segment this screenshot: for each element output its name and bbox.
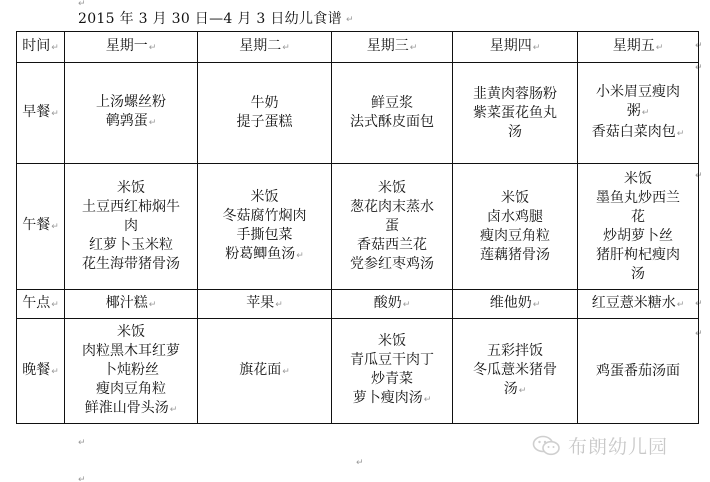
dish: 米饭	[334, 179, 450, 198]
time-header-cell: 时间↵	[17, 32, 65, 63]
paragraph-mark: ↵	[424, 395, 432, 405]
dish-line: 香菇白菜肉包↵	[580, 123, 696, 144]
watermark: 布朗幼儿园	[532, 432, 668, 459]
paragraph-mark: ↵	[149, 300, 157, 310]
meal-label: 早餐	[22, 104, 50, 120]
dish-line: 鹌鹑蛋↵	[67, 112, 195, 133]
day-header-cell: 星期二↵	[198, 32, 332, 63]
dish: 米饭	[580, 170, 696, 189]
dish: 蛋	[334, 217, 450, 236]
paragraph-mark: ↵	[403, 300, 411, 310]
paragraph-mark: ↵	[677, 300, 685, 310]
menu-cell: 米饭 墨鱼丸炒西兰 花 炒胡萝卜丝 猪肝枸杞瘦肉 汤	[578, 164, 699, 290]
paragraph-mark: ↵	[677, 129, 685, 139]
day-label-tuesday: 星期二	[239, 38, 281, 54]
menu-cell: 红豆薏米糖水↵	[578, 290, 699, 319]
paragraph-mark: ↵	[533, 43, 541, 53]
dish: 粉葛鲫鱼汤	[225, 246, 295, 262]
paragraph-mark: ↵	[282, 43, 290, 53]
dish: 墨鱼丸炒西兰	[580, 189, 696, 208]
dish: 肉	[67, 217, 195, 236]
paragraph-mark: ↵	[51, 43, 59, 53]
paragraph-mark: ↵	[51, 300, 59, 310]
menu-cell: 维他奶↵	[453, 290, 578, 319]
meal-label: 午点	[22, 295, 50, 311]
menu-cell: 米饭 冬菇腐竹焖肉 手撕包菜 粉葛鲫鱼汤↵	[198, 164, 332, 290]
dish: 汤	[504, 381, 518, 397]
dish: 维他奶	[490, 295, 532, 311]
dish: 米饭	[200, 188, 329, 207]
meal-row-snack: 午点↵ 椰汁糕↵ 苹果↵ 酸奶↵ 维他奶↵ 红豆薏米糖水↵	[17, 290, 699, 319]
wechat-icon	[532, 435, 562, 457]
menu-cell: 鸡蛋番茄汤面	[578, 319, 699, 424]
day-label-thursday: 星期四	[490, 38, 532, 54]
paragraph-mark: ↵	[642, 108, 650, 118]
dish: 卤水鸡腿	[455, 208, 575, 227]
menu-cell: 米饭 肉粒黑木耳红萝 卜炖粉丝 瘦肉豆角粒 鲜淮山骨头汤↵	[65, 319, 198, 424]
paragraph-mark: ↵	[275, 300, 283, 310]
dish: 韭黄肉蓉肠粉	[455, 85, 575, 104]
menu-cell: 米饭 葱花肉末蒸水 蛋 香菇西兰花 党参红枣鸡汤	[332, 164, 453, 290]
dish: 米饭	[67, 323, 195, 342]
dish: 小米眉豆瘦肉	[580, 83, 696, 102]
menu-cell: 五彩拌饭 冬瓜薏米猪骨 汤↵	[453, 319, 578, 424]
dish: 手撕包菜	[200, 226, 329, 245]
dish: 冬瓜薏米猪骨	[455, 361, 575, 380]
dish: 红豆薏米糖水	[592, 295, 676, 311]
dish-line: 萝卜瘦肉汤↵	[334, 389, 450, 410]
paragraph-mark: ↵	[296, 251, 304, 261]
dish: 法式酥皮面包	[334, 113, 450, 132]
menu-cell: 椰汁糕↵	[65, 290, 198, 319]
dish: 瘦肉豆角粒	[455, 227, 575, 246]
meal-label-cell: 早餐↵	[17, 63, 65, 164]
meal-label: 晚餐	[22, 362, 50, 378]
document-title: 2015 年 3 月 30 日—4 月 3 日幼儿食谱	[78, 8, 342, 28]
dish: 苹果	[246, 295, 274, 311]
day-label-friday: 星期五	[613, 38, 655, 54]
menu-cell: 苹果↵	[198, 290, 332, 319]
paragraph-mark: ↵	[346, 16, 354, 25]
dish: 花生海带猪骨汤	[67, 255, 195, 274]
dish: 旗花面	[239, 362, 281, 378]
dish: 米饭	[455, 189, 575, 208]
menu-cell: 米饭 青瓜豆干肉丁 炒青菜 萝卜瘦肉汤↵	[332, 319, 453, 424]
menu-cell: 鲜豆浆 法式酥皮面包	[332, 63, 453, 164]
header-row: 时间↵ 星期一↵ 星期二↵ 星期三↵ 星期四↵ 星期五↵	[17, 32, 699, 63]
paragraph-mark: ↵	[78, 476, 86, 482]
dish: 酸奶	[374, 295, 402, 311]
dish: 鸡蛋番茄汤面	[596, 363, 680, 379]
dish: 香菇西兰花	[334, 236, 450, 255]
meal-row-lunch: 午餐↵ 米饭 土豆西红柿焖牛 肉 红萝卜玉米粒 花生海带猪骨汤 米饭 冬菇腐竹焖…	[17, 164, 699, 290]
dish-line: 汤↵	[455, 380, 575, 401]
menu-cell: 牛奶 提子蛋糕	[198, 63, 332, 164]
watermark-text: 布朗幼儿园	[568, 432, 668, 459]
time-header-label: 时间	[22, 38, 50, 54]
menu-cell: 酸奶↵	[332, 290, 453, 319]
dish: 椰汁糕	[106, 295, 148, 311]
menu-cell: 米饭 卤水鸡腿 瘦肉豆角粒 莲藕猪骨汤	[453, 164, 578, 290]
day-header-cell: 星期四↵	[453, 32, 578, 63]
dish: 瘦肉豆角粒	[67, 380, 195, 399]
dish: 汤	[580, 265, 696, 284]
day-label-monday: 星期一	[106, 38, 148, 54]
dish: 土豆西红柿焖牛	[67, 198, 195, 217]
dish: 提子蛋糕	[200, 113, 329, 132]
dish: 粥	[627, 103, 641, 119]
menu-cell: 上汤螺丝粉 鹌鹑蛋↵	[65, 63, 198, 164]
paragraph-mark: ↵	[282, 367, 290, 377]
menu-table: 时间↵ 星期一↵ 星期二↵ 星期三↵ 星期四↵ 星期五↵ 早餐↵ 上汤螺丝粉 鹌…	[16, 31, 699, 424]
dish: 五彩拌饭	[455, 342, 575, 361]
dish: 牛奶	[200, 94, 329, 113]
meal-row-breakfast: 早餐↵ 上汤螺丝粉 鹌鹑蛋↵ 牛奶 提子蛋糕 鲜豆浆 法式酥皮面包 韭黄肉蓉肠粉…	[17, 63, 699, 164]
menu-cell: 小米眉豆瘦肉 粥↵ 香菇白菜肉包↵	[578, 63, 699, 164]
meal-label-cell: 午餐↵	[17, 164, 65, 290]
menu-cell: 米饭 土豆西红柿焖牛 肉 红萝卜玉米粒 花生海带猪骨汤	[65, 164, 198, 290]
dish: 卜炖粉丝	[67, 361, 195, 380]
paragraph-mark: ↵	[533, 300, 541, 310]
dish: 莲藕猪骨汤	[455, 246, 575, 265]
paragraph-mark: ↵	[149, 118, 157, 128]
dish: 萝卜瘦肉汤	[353, 390, 423, 406]
dish: 鲜淮山骨头汤	[85, 400, 169, 416]
meal-label-cell: 晚餐↵	[17, 319, 65, 424]
paragraph-mark: ↵	[170, 405, 178, 415]
dish: 党参红枣鸡汤	[334, 255, 450, 274]
dish: 香菇白菜肉包	[592, 124, 676, 140]
meal-label: 午餐	[22, 217, 50, 233]
day-header-cell: 星期一↵	[65, 32, 198, 63]
dish-line: 粥↵	[580, 102, 696, 123]
paragraph-mark: ↵	[410, 43, 418, 53]
day-label-wednesday: 星期三	[367, 38, 409, 54]
dish: 上汤螺丝粉	[67, 93, 195, 112]
paragraph-mark: ↵	[51, 109, 59, 119]
dish: 鹌鹑蛋	[106, 113, 148, 129]
paragraph-mark: ↵	[51, 367, 59, 377]
dish-line: 鲜淮山骨头汤↵	[67, 399, 195, 420]
dish: 米饭	[334, 332, 450, 351]
meal-label-cell: 午点↵	[17, 290, 65, 319]
dish: 葱花肉末蒸水	[334, 198, 450, 217]
dish: 冬菇腐竹焖肉	[200, 207, 329, 226]
dish: 猪肝枸杞瘦肉	[580, 246, 696, 265]
dish: 米饭	[67, 179, 195, 198]
paragraph-mark: ↵	[149, 43, 157, 53]
menu-cell: 韭黄肉蓉肠粉 紫菜蛋花鱼丸 汤	[453, 63, 578, 164]
meal-row-dinner: 晚餐↵ 米饭 肉粒黑木耳红萝 卜炖粉丝 瘦肉豆角粒 鲜淮山骨头汤↵ 旗花面↵ 米…	[17, 319, 699, 424]
paragraph-mark: ↵	[356, 459, 364, 468]
day-header-cell: 星期五↵	[578, 32, 699, 63]
dish: 汤	[455, 123, 575, 142]
dish-line: 粉葛鲫鱼汤↵	[200, 245, 329, 266]
paragraph-mark: ↵	[78, 439, 86, 448]
dish: 花	[580, 208, 696, 227]
dish: 鲜豆浆	[334, 94, 450, 113]
paragraph-mark: ↵	[51, 222, 59, 232]
menu-cell: 旗花面↵	[198, 319, 332, 424]
dish: 红萝卜玉米粒	[67, 236, 195, 255]
dish: 炒胡萝卜丝	[580, 227, 696, 246]
paragraph-mark: ↵	[519, 386, 527, 396]
dish: 紫菜蛋花鱼丸	[455, 104, 575, 123]
day-header-cell: 星期三↵	[332, 32, 453, 63]
dish: 青瓜豆干肉丁	[334, 351, 450, 370]
paragraph-mark: ↵	[656, 43, 664, 53]
dish: 炒青菜	[334, 370, 450, 389]
dish: 肉粒黑木耳红萝	[67, 342, 195, 361]
